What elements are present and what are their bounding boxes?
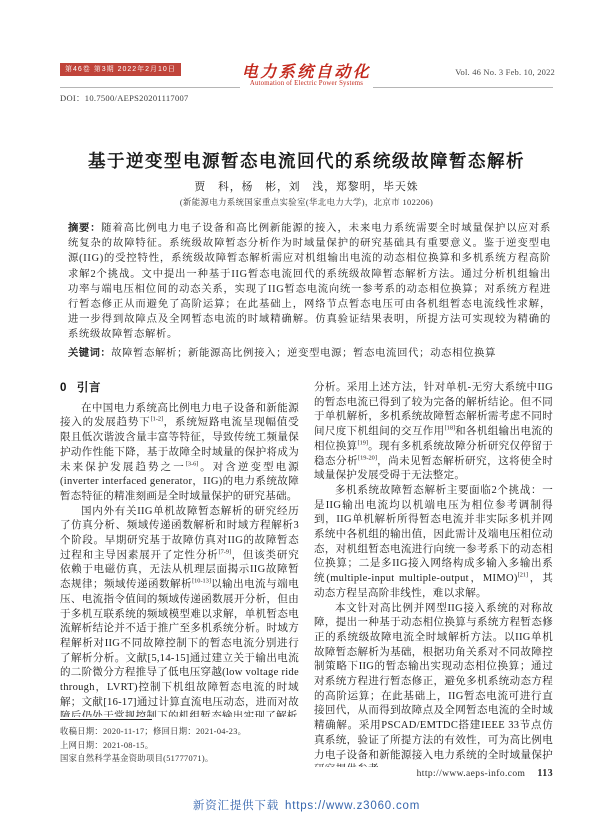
doi-text: DOI：10.7500/AEPS20201117007	[60, 92, 189, 104]
footnote-rule	[60, 719, 152, 720]
header-rule-right	[373, 87, 553, 88]
keywords-line: 关键词：故障暂态解析；新能源高比例接入；逆变型电源；暂态电流回代；动态相位换算	[68, 346, 551, 361]
page-number: 113	[537, 768, 553, 779]
affiliation: (新能源电力系统国家重点实验室(华北电力大学)，北京市 102206)	[0, 196, 613, 208]
abstract-paragraph: 摘要：随着高比例电力电子设备和高比例新能源的接入，未来电力系统需要全时域量保护以…	[68, 221, 551, 343]
journal-url-link[interactable]: http://www.aeps-info.com	[417, 769, 526, 779]
journal-page: 第46卷 第3期 2022年2月10日 DOI：10.7500/AEPS2020…	[0, 0, 613, 825]
intro-paragraph-4: 多机系统故障暂态解析主要面临2个挑战：一是IIG输出电流均以机端电压为相位参考调…	[314, 484, 553, 602]
online-date: 上网日期：2021-08-15。	[60, 739, 299, 753]
section-number: 0	[60, 382, 67, 394]
author-list: 贾 科，杨 彬，刘 浅，郑黎明，毕天姝	[0, 179, 613, 194]
download-watermark: 新资汇提供下载https://www.z3060.com	[0, 797, 613, 813]
abstract-block: 摘要：随着高比例电力电子设备和高比例新能源的接入，未来电力系统需要全时域量保护以…	[68, 221, 551, 361]
section-heading-introduction: 0引言	[60, 381, 299, 396]
journal-logo-subtitle: Automation of Electric Power Systems	[0, 80, 613, 87]
left-column: 0引言 在中国电力系统高比例电力电子设备和新能源接入的发展趋势下[1-2]，系统…	[60, 381, 299, 717]
article-title: 基于逆变型电源暂态电流回代的系统级故障暂态解析	[0, 148, 613, 173]
watermark-label: 新资汇提供下载	[193, 800, 279, 812]
abstract-text: 随着高比例电力电子设备和高比例新能源的接入，未来电力系统需要全时域量保护以应对系…	[68, 223, 551, 340]
volume-info: Vol. 46 No. 3 Feb. 10, 2022	[455, 67, 555, 77]
intro-paragraph-5: 本文针对高比例并网型IIG接入系统的对称故障，提出一种基于动态相位换算与系统方程…	[314, 602, 553, 767]
intro-paragraph-3: 分析。采用上述方法，针对单机-无穷大系统中IIG的暂态电流已得到了较为完备的解析…	[314, 381, 553, 484]
abstract-label: 摘要：	[68, 223, 101, 234]
right-column: 分析。采用上述方法，针对单机-无穷大系统中IIG的暂态电流已得到了较为完备的解析…	[314, 381, 553, 767]
intro-paragraph-1: 在中国电力系统高比例电力电子设备和新能源接入的发展趋势下[1-2]，系统短路电流…	[60, 402, 299, 505]
page-footer: http://www.aeps-info.com113	[314, 768, 553, 779]
keywords-text: 故障暂态解析；新能源高比例接入；逆变型电源；暂态电流回代；动态相位换算	[111, 348, 496, 359]
funding-note: 国家自然科学基金资助项目(51777071)。	[60, 752, 299, 766]
footnote-block: 收稿日期：2020-11-17；修回日期：2021-04-23。 上网日期：20…	[60, 719, 299, 766]
watermark-url-link[interactable]: https://www.z3060.com	[285, 800, 420, 812]
header-rule-left	[60, 87, 240, 88]
received-revised-dates: 收稿日期：2020-11-17；修回日期：2021-04-23。	[60, 725, 299, 739]
intro-paragraph-2: 国内外有关IIG单机故障暂态解析的研究经历了仿真分析、频域传递函数解析和时域方程…	[60, 505, 299, 717]
section-title: 引言	[77, 382, 101, 394]
keywords-label: 关键词：	[68, 348, 111, 359]
